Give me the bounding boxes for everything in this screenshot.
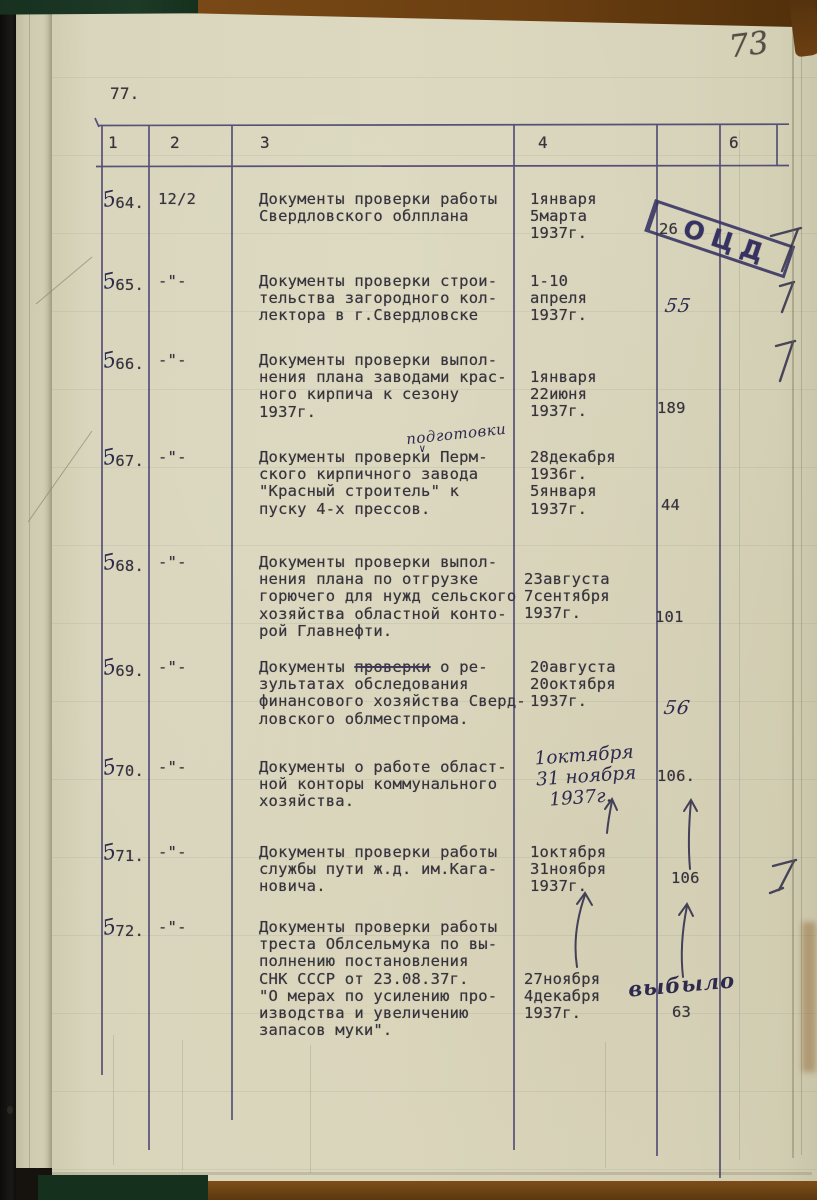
description: Документы проверки работы Свердловского …	[259, 191, 497, 225]
sheet-count: 106	[671, 870, 700, 887]
sheet-count: 189	[657, 400, 686, 417]
sheet-count: 44	[661, 497, 680, 514]
row-number-typed: 65.	[115, 276, 144, 294]
page-stack-edge	[16, 0, 52, 1200]
row-number: 569.	[103, 657, 144, 681]
row-number-script-digit: 5	[100, 347, 118, 373]
row-number-typed: 70.	[115, 762, 144, 780]
description-part: зультатах обследования финансового хозяй…	[259, 676, 526, 728]
edge-stain	[802, 922, 816, 1072]
row-number: 565.	[103, 271, 144, 295]
row-number-script-digit: 5	[100, 268, 118, 294]
dates-handwritten: 1октября 31 ноября 1937г.	[534, 742, 639, 812]
column-header-6: 6	[729, 134, 739, 151]
fond-index: -"-	[158, 449, 187, 466]
description: Документы проверки работы треста Облсель…	[259, 919, 497, 1039]
dates: 28декабря 1936г. 5января 1937г.	[530, 449, 616, 518]
page-fold-line	[792, 28, 794, 1158]
description: Документы проверки выпол- нения плана по…	[259, 554, 516, 640]
dates: 27ноября 4декабря 1937г.	[524, 971, 600, 1023]
description: Документы проверки о ре-зультатах обслед…	[259, 659, 526, 728]
row-number-script-digit: 5	[100, 754, 118, 780]
struck-word: проверки	[354, 658, 430, 676]
scanned-archive-page: 77. 73 1 2 3 4 6 ОЦД 564. 12/2 Документы…	[0, 0, 817, 1200]
row-number-typed: 66.	[115, 355, 144, 373]
dates: 1января 5марта 1937г.	[530, 191, 597, 243]
typed-page-number: 77.	[110, 85, 140, 102]
column-header-2: 2	[170, 134, 180, 151]
row-number-script-digit: 5	[100, 654, 118, 680]
description: Документы проверки строи- тельства загор…	[259, 273, 497, 325]
column-header-1: 1	[108, 134, 118, 151]
sheet-count-handwritten: 56	[662, 697, 692, 719]
row-number-script-digit: 5	[100, 914, 118, 940]
sheet-count: 106.	[657, 768, 695, 785]
fond-index: 12/2	[158, 191, 196, 208]
row-number-typed: 68.	[115, 557, 144, 575]
row-number-typed: 64.	[115, 194, 144, 212]
dates: 23августа 7сентября 1937г.	[524, 571, 610, 623]
book-spine-shadow	[0, 0, 16, 1200]
fond-index: -"-	[158, 759, 187, 776]
column-header-3: 3	[260, 134, 270, 151]
row-number: 564.	[103, 189, 144, 213]
fond-index: -"-	[158, 919, 187, 936]
row-number-script-digit: 5	[100, 549, 118, 575]
row-number-typed: 67.	[115, 452, 144, 470]
fond-index: -"-	[158, 554, 187, 571]
row-number: 568.	[103, 552, 144, 576]
row-number-typed: 72.	[115, 922, 144, 940]
description-part: о ре-	[431, 658, 488, 676]
cover-strip-top-left	[0, 0, 198, 15]
description-part: Документы	[259, 658, 354, 676]
row-number: 572.	[103, 917, 144, 941]
faint-ruling-line	[605, 1042, 606, 1168]
cover-strip-bottom-left	[38, 1175, 208, 1200]
pencil-folio-number: 73	[727, 25, 771, 66]
faint-ruling-line	[310, 1045, 311, 1173]
faint-ruling-line	[113, 1035, 114, 1165]
sheet-count: 26	[659, 221, 678, 238]
faint-ruling-line	[182, 1040, 183, 1170]
fond-index: -"-	[158, 273, 187, 290]
row-number: 566.	[103, 350, 144, 374]
description: Документы проверки работы службы пути ж.…	[259, 844, 497, 896]
sheet-count: 101	[655, 609, 684, 626]
faint-ruling-line	[739, 130, 740, 1160]
fond-index: -"-	[158, 352, 187, 369]
row-number-typed: 71.	[115, 847, 144, 865]
column-header-4: 4	[538, 134, 548, 151]
dates: 1октября 31ноября 1937г.	[530, 844, 606, 896]
row-number-script-digit: 5	[100, 839, 118, 865]
row-number-script-digit: 5	[100, 186, 118, 212]
fond-index: -"-	[158, 844, 187, 861]
description: Документы проверки выпол- нения плана за…	[259, 352, 507, 421]
dates: 20августа 20октября 1937г.	[530, 659, 616, 711]
row-number: 571.	[103, 842, 144, 866]
fond-index: -"-	[158, 659, 187, 676]
description: Документы проверки Перм- ского кирпичног…	[259, 449, 488, 518]
description: Документы о работе област- ной конторы к…	[259, 759, 507, 811]
row-number-script-digit: 5	[100, 444, 118, 470]
dates: 1-10 апреля 1937г.	[530, 273, 587, 325]
sheet-count-handwritten: 55	[663, 295, 693, 317]
dates: 1января 22июня 1937г.	[530, 369, 597, 421]
row-number: 570.	[103, 757, 144, 781]
row-number-typed: 69.	[115, 662, 144, 680]
sheet-count: 63	[672, 1004, 691, 1021]
binding-hole	[7, 1106, 13, 1114]
row-number: 567.	[103, 447, 144, 471]
